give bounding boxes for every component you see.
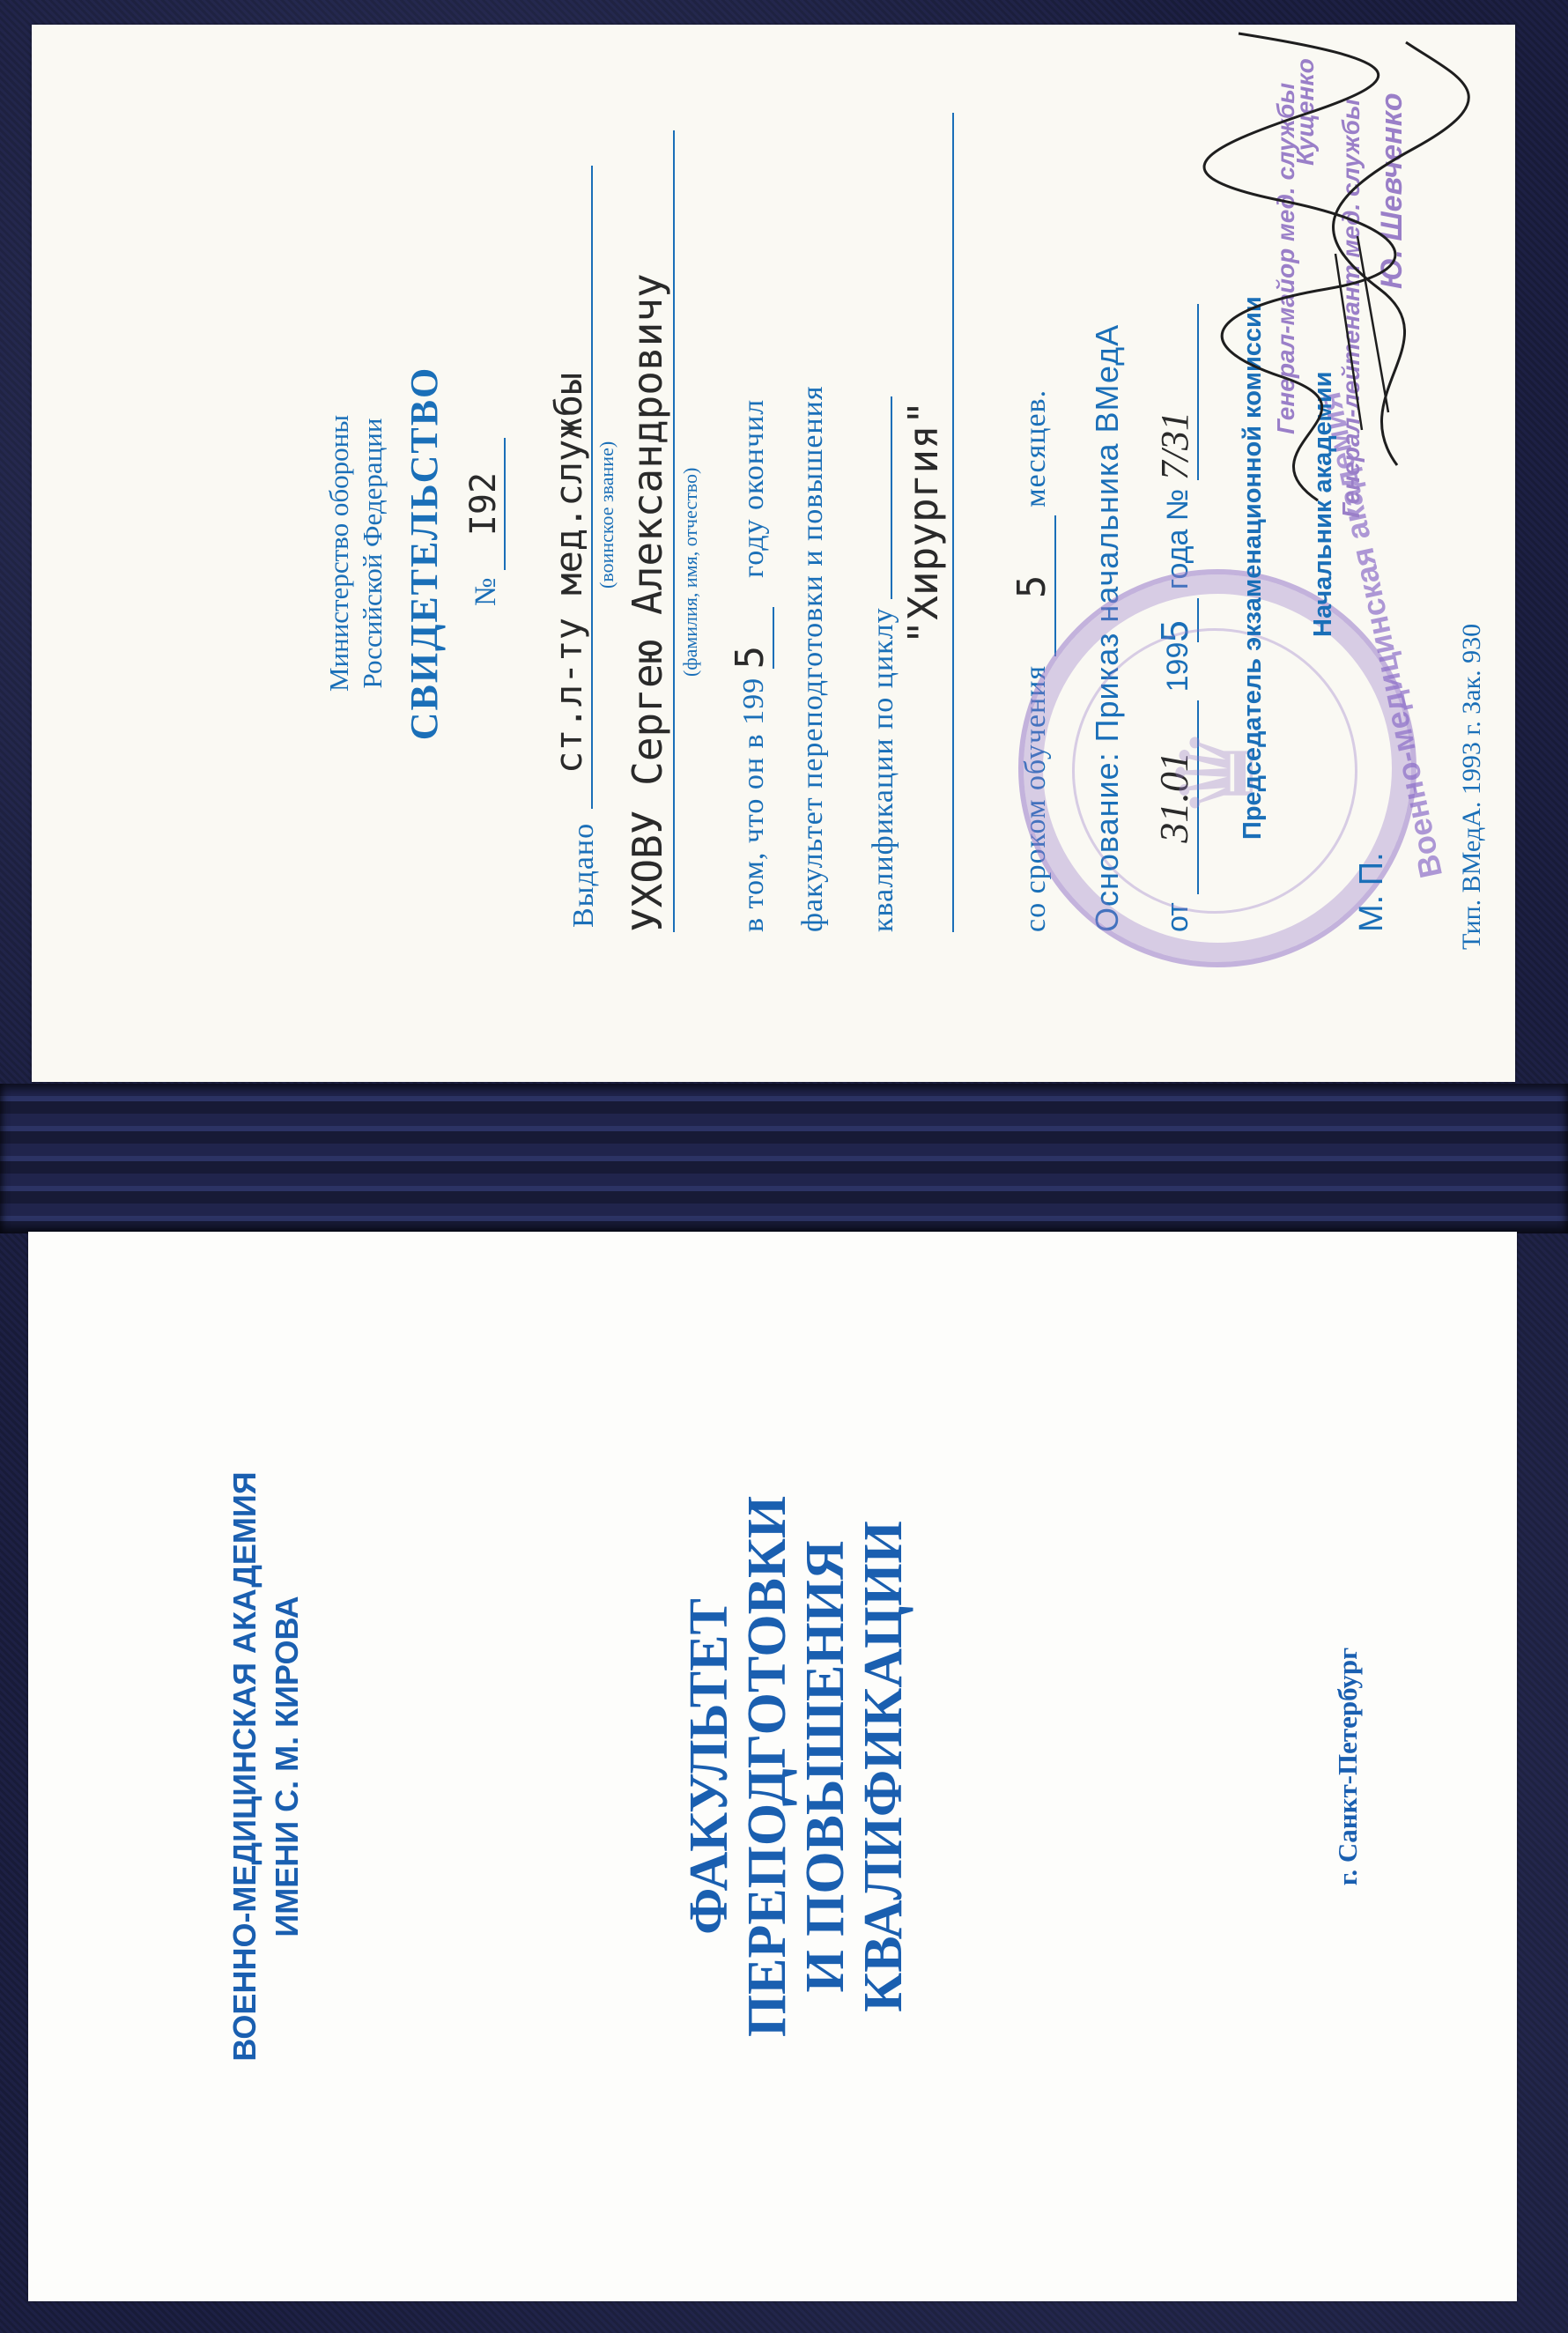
booklet-spine: [0, 1084, 1568, 1233]
faculty-line-2: ПЕРЕПОДГОТОВКИ: [738, 1232, 796, 2301]
number-label: №: [470, 578, 502, 606]
cycle-value: "Хирургия": [899, 401, 947, 645]
name-caption: (фамилия, имя, отчество): [679, 468, 702, 677]
duration-suffix: месяцев.: [1019, 389, 1052, 507]
faculty-line-4: КВАЛИФИКАЦИИ: [854, 1232, 913, 2301]
academy-name-line-1: ВОЕННО-МЕДИЦИНСКАЯ АКАДЕМИЯ: [224, 1232, 266, 2301]
printer-line: Тип. ВМедА. 1993 г. Зак. 930: [1457, 624, 1487, 950]
cycle-line-short: [864, 396, 892, 599]
name-field: УХОВУ Сергею Александровичу: [624, 130, 675, 932]
cycle-row: квалификации по циклу: [864, 396, 900, 932]
ministry-line-2: Российской Федерации: [356, 25, 389, 1082]
duration-value: 5: [1010, 515, 1056, 656]
cycle-label: квалификации по циклу: [867, 607, 899, 932]
certificate-number: I92: [463, 438, 506, 570]
faculty-line: факультет переподготовки и повышения: [796, 386, 830, 932]
certificate-page: Министерство обороны Российской Федераци…: [32, 25, 1515, 1082]
certificate-number-row: № I92: [463, 438, 506, 606]
title-page-content: ВОЕННО-МЕДИЦИНСКАЯ АКАДЕМИЯ ИМЕНИ С. М. …: [28, 1232, 1517, 2301]
rank-caption: (воинское звание): [595, 441, 618, 589]
name-value: УХОВУ Сергею Александровичу: [624, 273, 671, 932]
year-prefix: в том, что он в 199: [737, 678, 770, 932]
certificate-page-content: Министерство обороны Российской Федераци…: [32, 25, 1515, 1082]
rank-value: ст.л-ту мед.службы: [547, 373, 590, 774]
title-page: ВОЕННО-МЕДИЦИНСКАЯ АКАДЕМИЯ ИМЕНИ С. М. …: [28, 1232, 1517, 2301]
seal-place-label: М. П.: [1353, 852, 1391, 932]
certificate-title: СВИДЕТЕЛЬСТВО: [402, 25, 447, 1082]
year-sentence: в том, что он в 199 5 году окончил: [728, 399, 774, 932]
rank-field: ст.л-ту мед.службы: [547, 166, 593, 809]
faculty-line-1: ФАКУЛЬТЕТ: [680, 1232, 738, 2301]
ministry-line-1: Министерство обороны: [322, 25, 356, 1082]
faculty-line-3: И ПОВЫШЕНИЯ: [796, 1232, 854, 2301]
cycle-field: "Хирургия": [899, 113, 954, 932]
issued-label: Выдано: [567, 823, 601, 928]
signature-icon: [1186, 25, 1476, 518]
academy-name-line-2: ИМЕНИ С. М. КИРОВА: [266, 1232, 308, 2301]
city-line: г. Санкт-Петербург: [1332, 1232, 1364, 2301]
year-suffix: году окончил: [737, 399, 770, 578]
year-digit: 5: [728, 607, 774, 669]
